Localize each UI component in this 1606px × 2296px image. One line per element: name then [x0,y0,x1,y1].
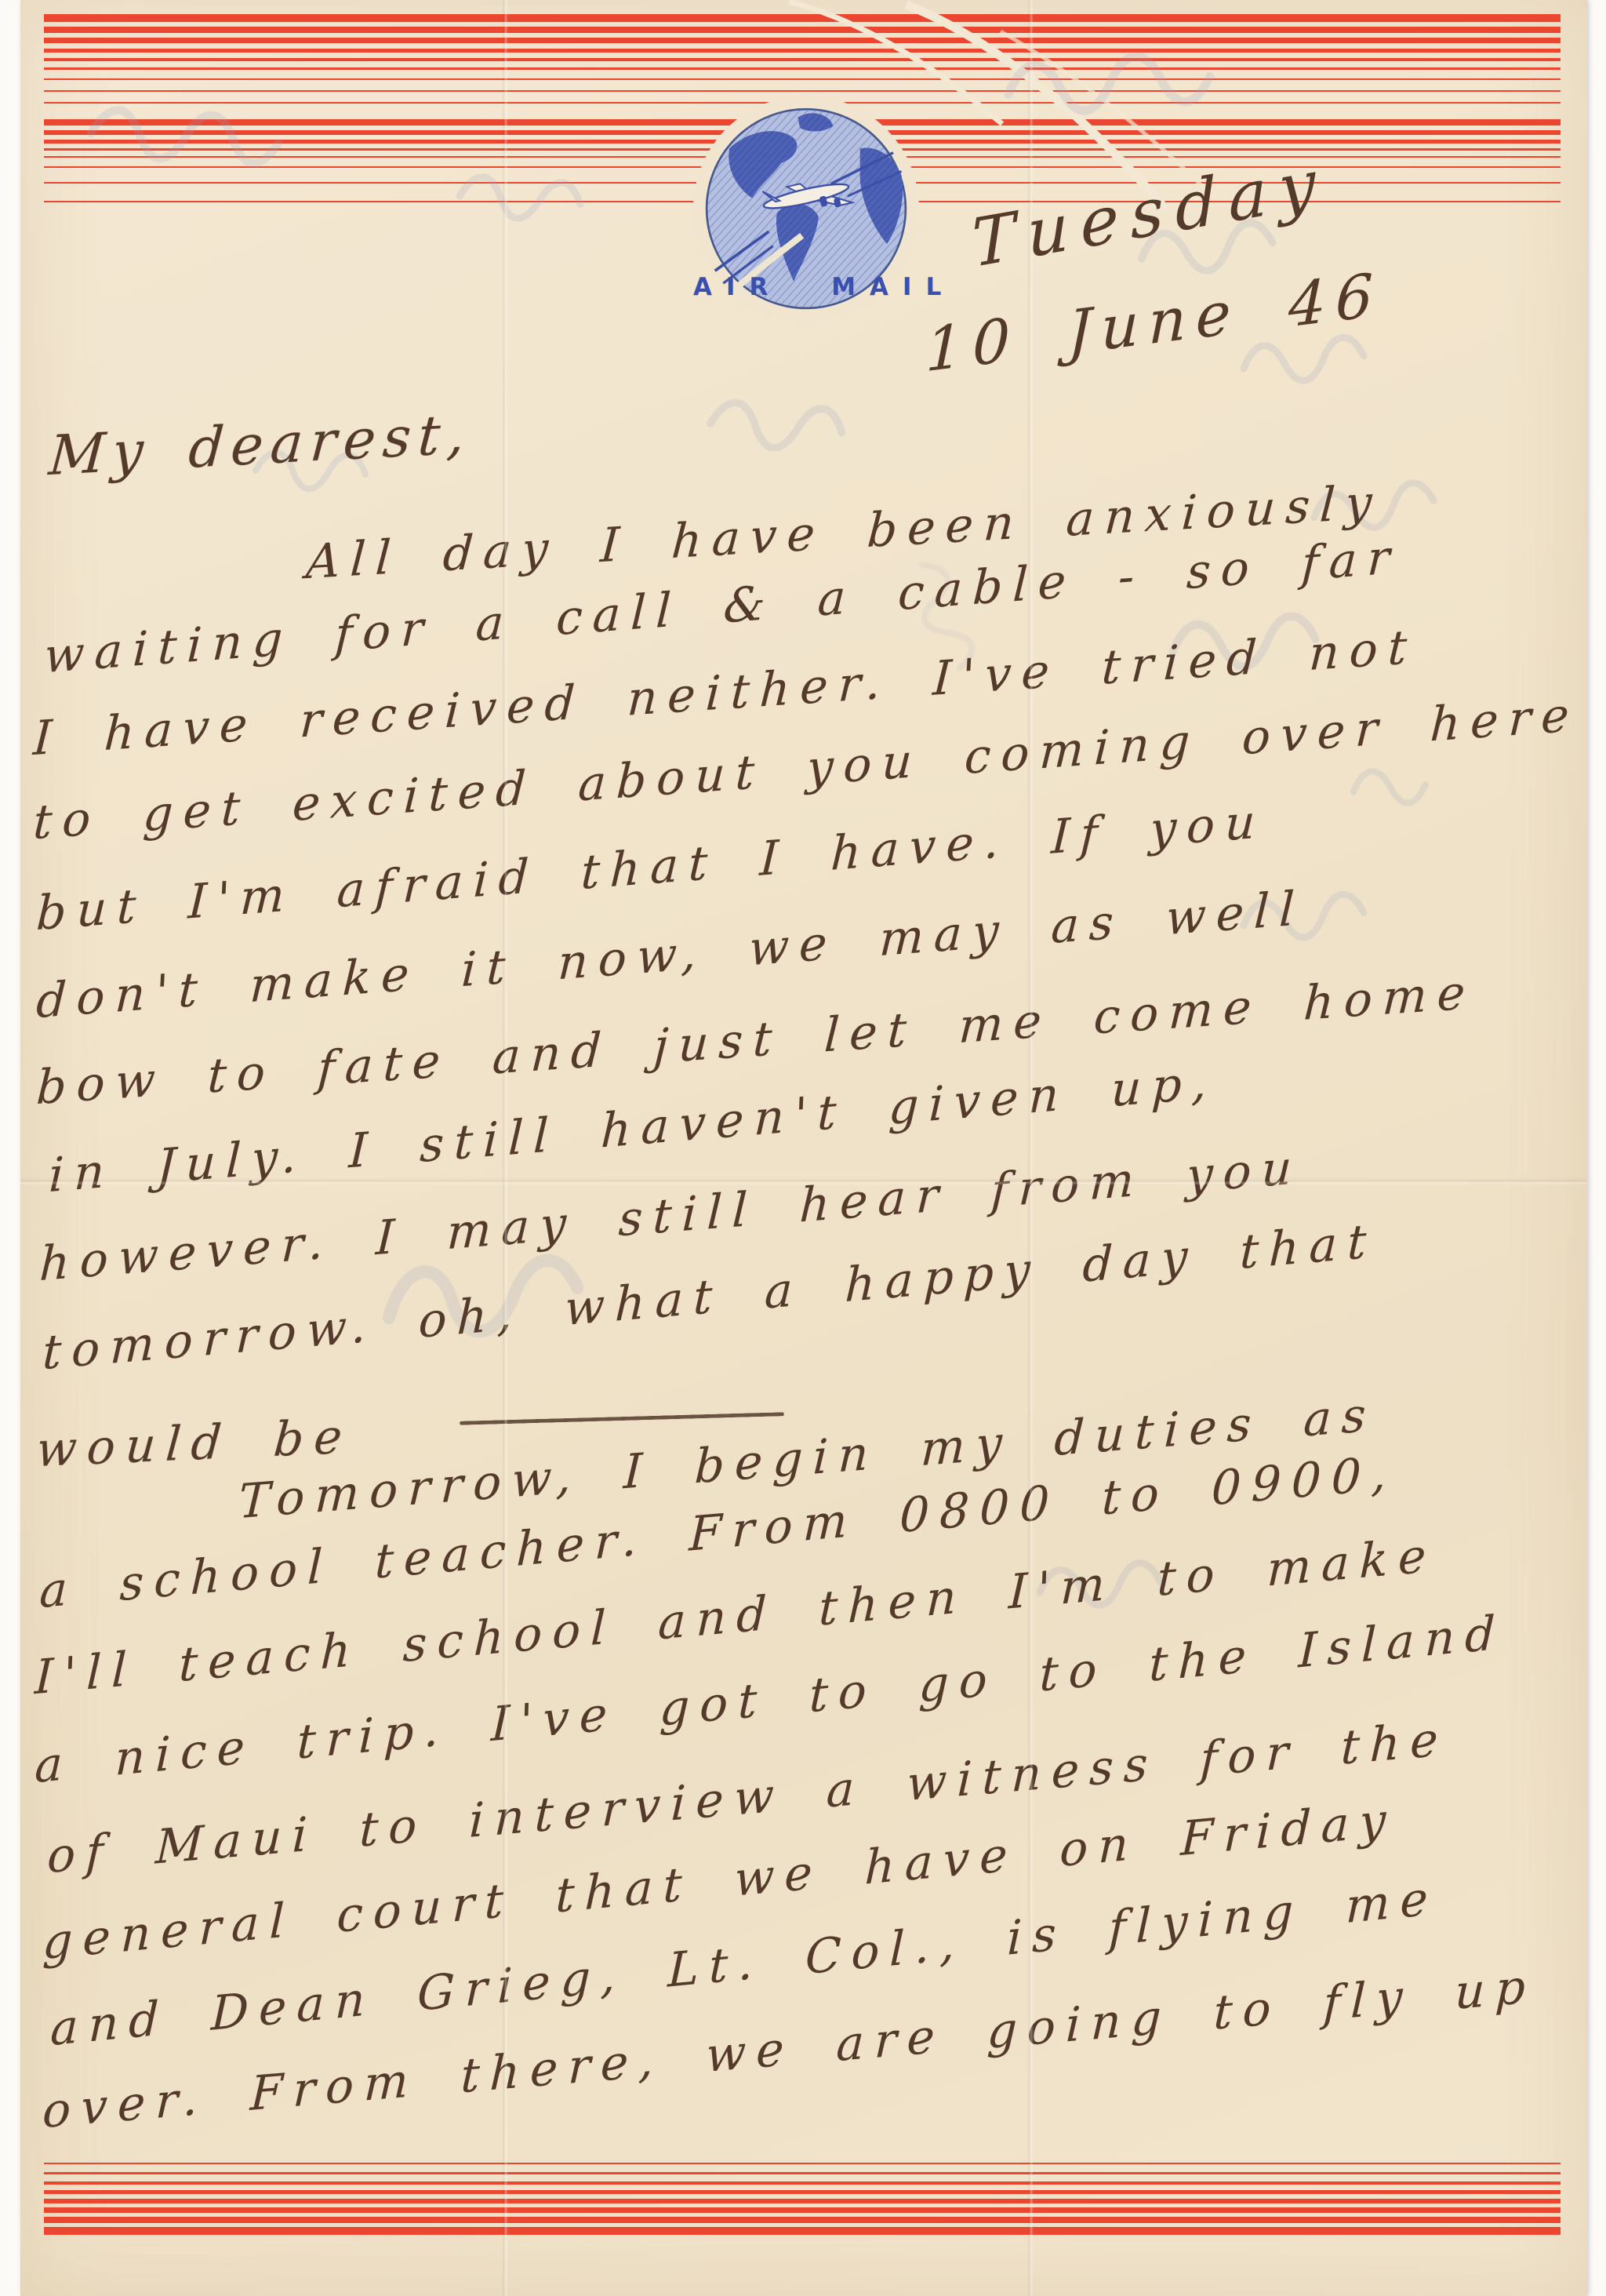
pen-dash-stroke [460,1412,784,1425]
salutation: My dearest, [47,402,474,489]
vertical-fold-crease [1027,0,1034,2296]
letter-paper: AIR MAIL Tuesday 10 June 46 My dearest, … [20,0,1587,2296]
letterhead-stripes-bottom [44,2163,1561,2238]
airmail-label: AIR MAIL [693,273,955,301]
horizontal-fold-crease [20,1178,1587,1185]
vertical-fold-crease [502,0,508,2296]
scanned-letter-page: AIR MAIL Tuesday 10 June 46 My dearest, … [0,0,1606,2296]
